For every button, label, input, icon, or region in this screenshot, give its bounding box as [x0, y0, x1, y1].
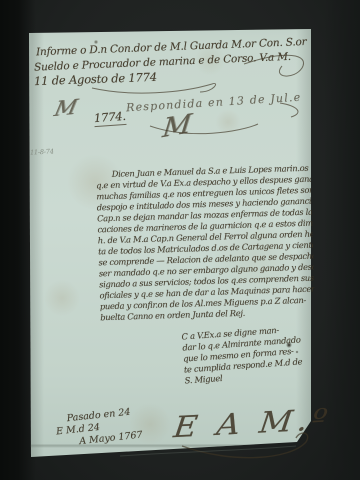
letter-body-paragraph: Dicen Juan e Manuel da S.a e Luis Lopes … — [96, 163, 316, 326]
year-annotation-underlined: 1774. — [93, 109, 126, 127]
photo-background: Informe o D.n Con.dor de M.l Guarda M.or… — [0, 0, 360, 480]
signature-flourish: E A M.º — [172, 402, 334, 445]
pencil-archival-note: 11-8-74 — [30, 147, 54, 156]
rubric-paraph-center: M — [161, 109, 193, 144]
closing-formula-block: C a V.Ex.a se digne man- dar lo q.e Almi… — [181, 322, 317, 386]
